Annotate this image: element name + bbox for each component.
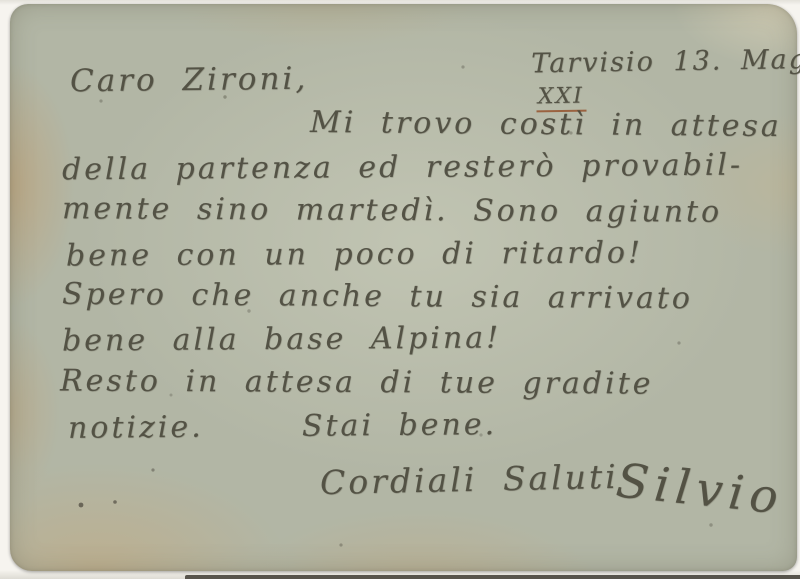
postcard: Tarvisio 13. Maggio 1943 XXI Caro Zironi… xyxy=(10,4,797,571)
body-line: mente sino martedì. Sono agiunto xyxy=(62,191,722,229)
scanner-edge-shadow xyxy=(185,575,800,579)
body-line: della partenza ed resterò provabil- xyxy=(62,148,743,188)
scan-background: Tarvisio 13. Maggio 1943 XXI Caro Zironi… xyxy=(0,0,800,579)
body-line: Mi trovo costì in attesa xyxy=(310,105,782,144)
body-line: Spero che anche tu sia arrivato xyxy=(62,277,693,316)
body-line: Resto in attesa di tue gradite xyxy=(60,363,654,401)
body-line: bene con un poco di ritardo! xyxy=(66,235,643,273)
body-line: notizie. Stai bene. xyxy=(68,407,497,446)
salutation: Caro Zironi, xyxy=(70,61,309,99)
dateline-text: Tarvisio 13. Maggio 1943 xyxy=(531,42,800,80)
paper-speckles xyxy=(10,4,12,6)
body-line: bene alla base Alpina! xyxy=(62,320,501,358)
closing: Cordiali Saluti xyxy=(320,457,620,502)
signature: Silvio xyxy=(614,453,787,525)
